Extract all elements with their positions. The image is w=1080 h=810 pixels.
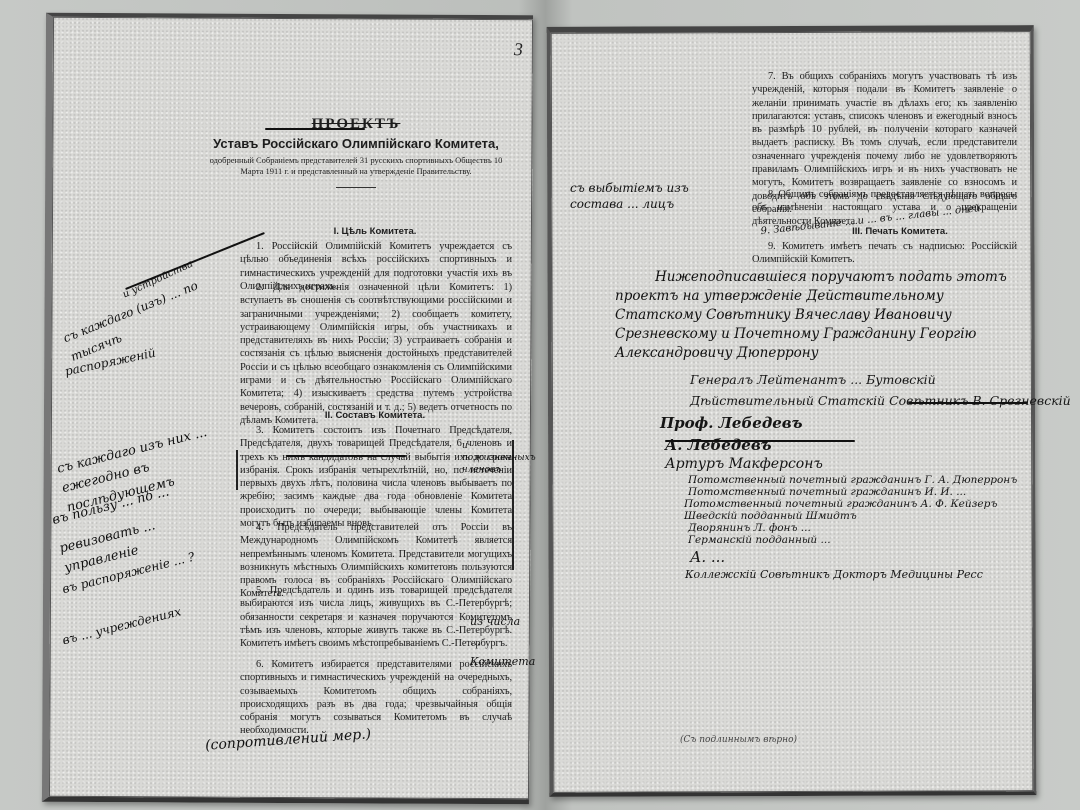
document-heading: ПРОЕКТЪ	[196, 116, 516, 133]
signature: Потомственный почетный гражданинъ А. Ф. …	[684, 498, 1030, 510]
document-title: Уставъ Россійскаго Олимпійскаго Комитета…	[196, 136, 516, 151]
page-number: 3	[514, 39, 523, 60]
signature: Дѣйствительный Статскій Совѣтникъ В. Сре…	[690, 393, 1030, 408]
section-heading: I. Цѣль Комитета.	[240, 226, 510, 237]
paragraph: 9. Комитетъ имѣетъ печать съ надписью: Р…	[752, 240, 1017, 267]
signature-underline	[665, 440, 855, 442]
section-heading: II. Составъ Комитета.	[240, 410, 510, 421]
document-subtitle: одобренный Собраніемъ представителей 31 …	[196, 155, 516, 177]
signature: Проф. Лебедевъ	[660, 414, 1030, 432]
strikethrough-mark	[265, 128, 365, 130]
signature: Шведскій подданный Шмидтъ	[684, 510, 1030, 522]
title-divider	[336, 187, 376, 188]
signature: А. ...	[690, 548, 1030, 566]
handwritten-note: и пожизненныхъ членовъ	[462, 440, 522, 476]
signature: Генералъ Лейтенантъ ... Бутовскій	[690, 372, 1030, 387]
signature: Коллежскій Совѣтникъ Докторъ Медицины Ре…	[685, 568, 1030, 581]
margin-bracket	[236, 450, 238, 490]
signature-underline	[908, 402, 1028, 404]
handwritten-margin-note: съ выбытіемъ изъ состава ... лицъ	[570, 180, 745, 212]
paragraph: 2. Для достиженія означенной цѣли Комите…	[240, 281, 512, 427]
signature: А. Лебедевъ	[665, 436, 1030, 454]
signature: Потомственный почетный гражданинъ И. И. …	[688, 486, 1030, 498]
footer-note: (Съ подлиннымъ вѣрно)	[680, 730, 797, 750]
signature: Артуръ Макферсонъ	[665, 456, 1030, 472]
signature: Потомственный почетный гражданинъ Г. А. …	[688, 474, 1030, 486]
handwritten-petition: Нижеподписавшіеся поручаютъ подать этотъ…	[615, 268, 1015, 363]
signature: Дворянинъ Л. фонъ ...	[688, 522, 1030, 534]
strikethrough-mark	[286, 455, 406, 457]
handwritten-note: из числа ... Комитета	[470, 612, 530, 672]
signature: Германскій подданный ...	[688, 534, 1030, 546]
